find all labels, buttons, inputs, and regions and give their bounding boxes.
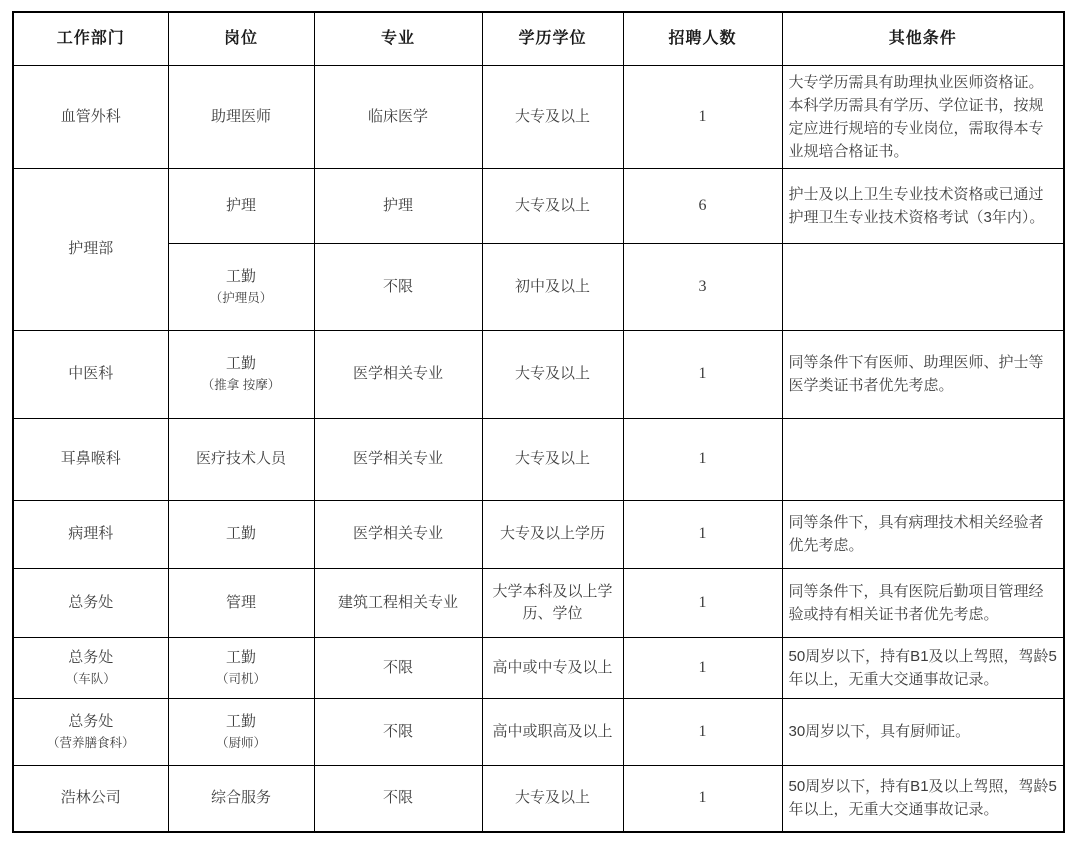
position-cell: 工勤 — [168, 500, 314, 568]
headcount-cell: 1 — [623, 65, 782, 168]
department-text: 总务处 — [18, 647, 164, 669]
column-header-position: 岗位 — [168, 12, 314, 65]
position-text: （厨师） — [173, 733, 310, 753]
position-cell: 助理医师 — [168, 65, 314, 168]
education-cell: 大专及以上 — [482, 418, 623, 500]
major-cell: 临床医学 — [314, 65, 482, 168]
header-row: 工作部门岗位专业学历学位招聘人数其他条件 — [13, 12, 1064, 65]
headcount-cell: 1 — [623, 568, 782, 637]
position-text: 工勤 — [173, 647, 310, 669]
position-cell: 综合服务 — [168, 765, 314, 832]
major-cell: 不限 — [314, 698, 482, 765]
position-text: （护理员） — [173, 288, 310, 308]
education-cell: 大专及以上 — [482, 765, 623, 832]
table-row: 工勤（护理员）不限初中及以上3 — [13, 243, 1064, 330]
department-text: （车队） — [18, 669, 164, 689]
department-text: 血管外科 — [18, 106, 164, 128]
table-row: 总务处管理建筑工程相关专业大学本科及以上学历、学位1同等条件下，具有医院后勤项目… — [13, 568, 1064, 637]
column-header-department: 工作部门 — [13, 12, 168, 65]
position-text: （推拿 按摩） — [173, 375, 310, 395]
position-text: 工勤 — [173, 711, 310, 733]
department-cell: 总务处 — [13, 568, 168, 637]
position-cell: 医疗技术人员 — [168, 418, 314, 500]
position-cell: 管理 — [168, 568, 314, 637]
major-cell: 医学相关专业 — [314, 500, 482, 568]
education-cell: 初中及以上 — [482, 243, 623, 330]
department-cell: 护理部 — [13, 168, 168, 330]
education-cell: 大专及以上学历 — [482, 500, 623, 568]
headcount-cell: 1 — [623, 500, 782, 568]
education-cell: 高中或中专及以上 — [482, 637, 623, 698]
column-header-headcount: 招聘人数 — [623, 12, 782, 65]
department-text: 中医科 — [18, 363, 164, 385]
major-cell: 医学相关专业 — [314, 418, 482, 500]
position-text: 医疗技术人员 — [173, 448, 310, 470]
conditions-cell: 50周岁以下，持有B1及以上驾照，驾龄5年以上，无重大交通事故记录。 — [782, 765, 1064, 832]
education-cell: 大专及以上 — [482, 330, 623, 418]
position-cell: 工勤（厨师） — [168, 698, 314, 765]
department-text: 总务处 — [18, 592, 164, 614]
major-cell: 医学相关专业 — [314, 330, 482, 418]
position-text: （司机） — [173, 669, 310, 689]
department-cell: 总务处（车队） — [13, 637, 168, 698]
conditions-cell: 同等条件下有医师、助理医师、护士等医学类证书者优先考虑。 — [782, 330, 1064, 418]
major-cell: 建筑工程相关专业 — [314, 568, 482, 637]
department-text: 护理部 — [18, 238, 164, 260]
department-cell: 总务处（营养膳食科） — [13, 698, 168, 765]
conditions-cell: 50周岁以下，持有B1及以上驾照，驾龄5年以上，无重大交通事故记录。 — [782, 637, 1064, 698]
major-cell: 不限 — [314, 243, 482, 330]
conditions-cell — [782, 418, 1064, 500]
column-header-education: 学历学位 — [482, 12, 623, 65]
table-row: 护理部护理护理大专及以上6护士及以上卫生专业技术资格或已通过护理卫生专业技术资格… — [13, 168, 1064, 243]
conditions-cell: 护士及以上卫生专业技术资格或已通过护理卫生专业技术资格考试（3年内）。 — [782, 168, 1064, 243]
department-text: 总务处 — [18, 711, 164, 733]
position-text: 管理 — [173, 592, 310, 614]
department-cell: 病理科 — [13, 500, 168, 568]
education-cell: 大学本科及以上学历、学位 — [482, 568, 623, 637]
table-header: 工作部门岗位专业学历学位招聘人数其他条件 — [13, 12, 1064, 65]
conditions-cell: 同等条件下，具有医院后勤项目管理经验或持有相关证书者优先考虑。 — [782, 568, 1064, 637]
headcount-cell: 3 — [623, 243, 782, 330]
department-text: （营养膳食科） — [18, 733, 164, 753]
position-cell: 工勤（护理员） — [168, 243, 314, 330]
department-cell: 耳鼻喉科 — [13, 418, 168, 500]
department-cell: 中医科 — [13, 330, 168, 418]
table-row: 浩林公司综合服务不限大专及以上150周岁以下，持有B1及以上驾照，驾龄5年以上，… — [13, 765, 1064, 832]
department-cell: 浩林公司 — [13, 765, 168, 832]
education-cell: 大专及以上 — [482, 65, 623, 168]
column-header-conditions: 其他条件 — [782, 12, 1064, 65]
column-header-major: 专业 — [314, 12, 482, 65]
position-text: 综合服务 — [173, 787, 310, 809]
position-text: 工勤 — [173, 523, 310, 545]
conditions-cell: 30周岁以下，具有厨师证。 — [782, 698, 1064, 765]
table-body: 血管外科助理医师临床医学大专及以上1大专学历需具有助理执业医师资格证。本科学历需… — [13, 65, 1064, 832]
major-cell: 不限 — [314, 637, 482, 698]
conditions-cell: 大专学历需具有助理执业医师资格证。本科学历需具有学历、学位证书，按规定应进行规培… — [782, 65, 1064, 168]
conditions-cell — [782, 243, 1064, 330]
position-text: 护理 — [173, 195, 310, 217]
headcount-cell: 1 — [623, 698, 782, 765]
headcount-cell: 1 — [623, 765, 782, 832]
education-cell: 大专及以上 — [482, 168, 623, 243]
table-row: 总务处（营养膳食科）工勤（厨师）不限高中或职高及以上130周岁以下，具有厨师证。 — [13, 698, 1064, 765]
department-text: 病理科 — [18, 523, 164, 545]
headcount-cell: 1 — [623, 637, 782, 698]
table-row: 总务处（车队）工勤（司机）不限高中或中专及以上150周岁以下，持有B1及以上驾照… — [13, 637, 1064, 698]
table-row: 病理科工勤医学相关专业大专及以上学历1同等条件下，具有病理技术相关经验者优先考虑… — [13, 500, 1064, 568]
position-text: 助理医师 — [173, 106, 310, 128]
department-cell: 血管外科 — [13, 65, 168, 168]
position-cell: 工勤（司机） — [168, 637, 314, 698]
recruitment-table: 工作部门岗位专业学历学位招聘人数其他条件 血管外科助理医师临床医学大专及以上1大… — [12, 11, 1065, 833]
major-cell: 护理 — [314, 168, 482, 243]
headcount-cell: 6 — [623, 168, 782, 243]
table-row: 耳鼻喉科医疗技术人员医学相关专业大专及以上1 — [13, 418, 1064, 500]
headcount-cell: 1 — [623, 418, 782, 500]
education-cell: 高中或职高及以上 — [482, 698, 623, 765]
position-text: 工勤 — [173, 353, 310, 375]
table-row: 中医科工勤（推拿 按摩）医学相关专业大专及以上1同等条件下有医师、助理医师、护士… — [13, 330, 1064, 418]
headcount-cell: 1 — [623, 330, 782, 418]
position-cell: 工勤（推拿 按摩） — [168, 330, 314, 418]
position-text: 工勤 — [173, 266, 310, 288]
table-row: 血管外科助理医师临床医学大专及以上1大专学历需具有助理执业医师资格证。本科学历需… — [13, 65, 1064, 168]
major-cell: 不限 — [314, 765, 482, 832]
department-text: 耳鼻喉科 — [18, 448, 164, 470]
department-text: 浩林公司 — [18, 787, 164, 809]
position-cell: 护理 — [168, 168, 314, 243]
conditions-cell: 同等条件下，具有病理技术相关经验者优先考虑。 — [782, 500, 1064, 568]
